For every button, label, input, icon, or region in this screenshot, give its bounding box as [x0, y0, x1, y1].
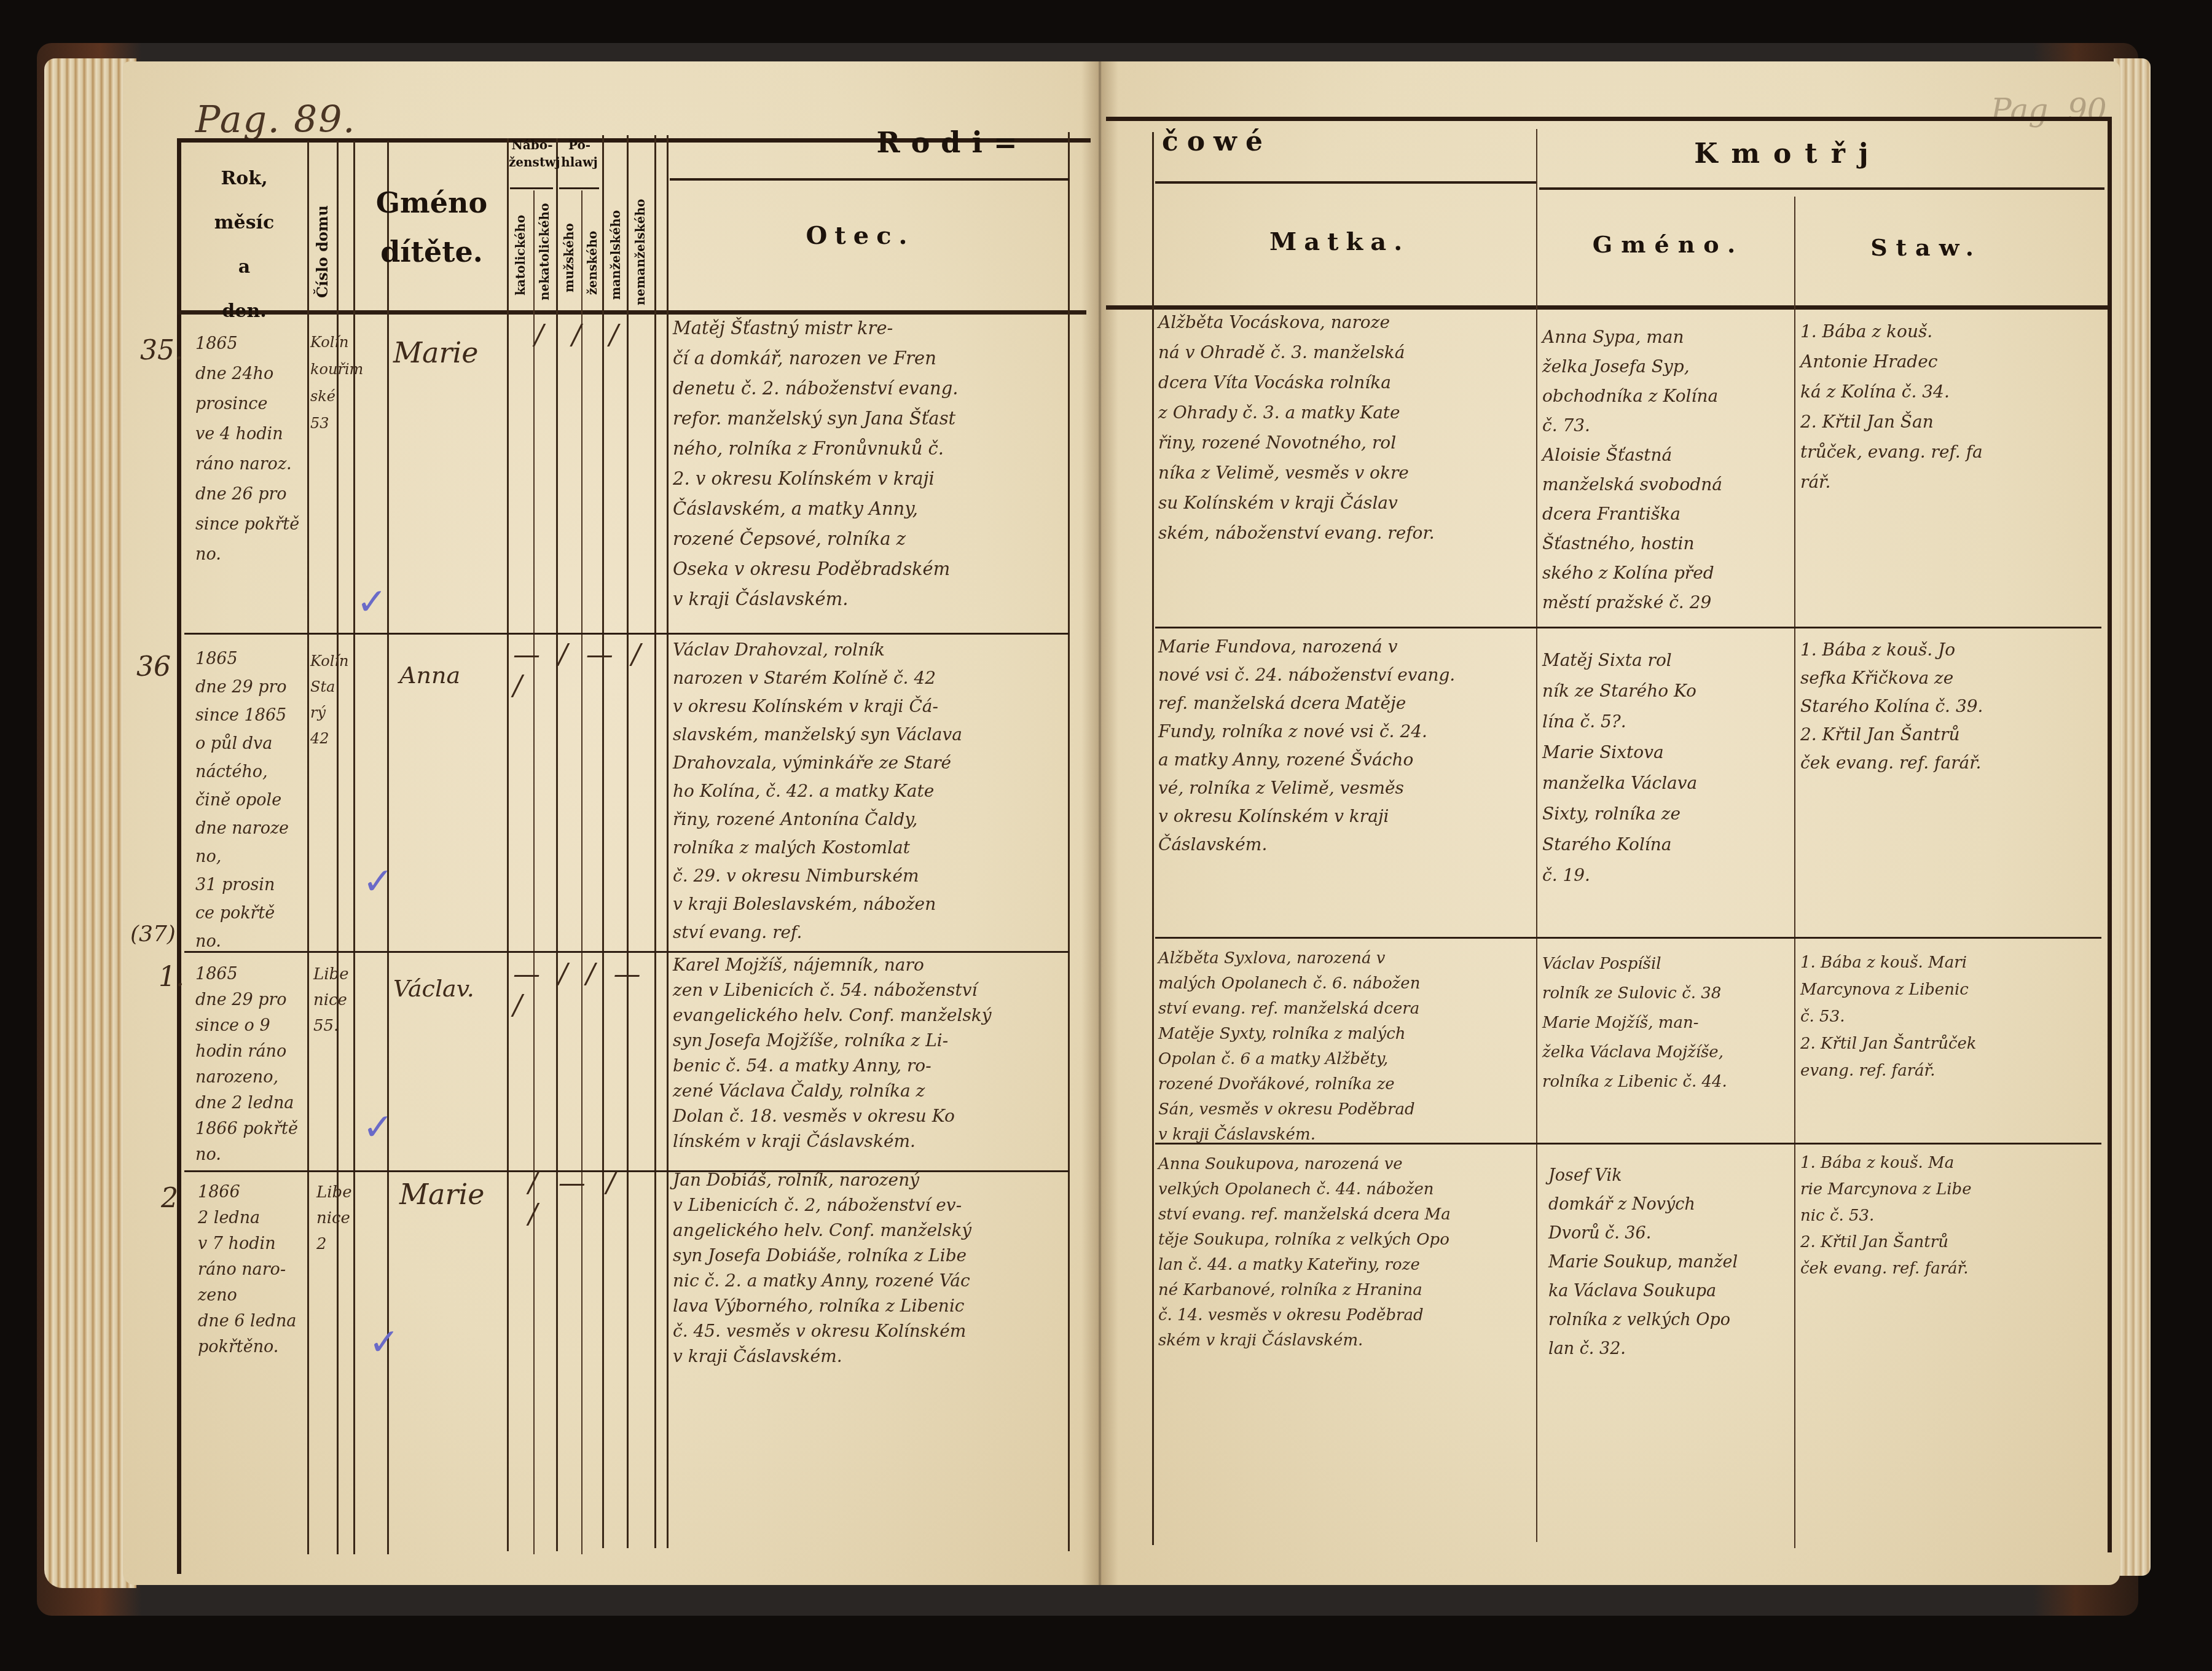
header-rok: Rok, měsíc a den. — [184, 157, 304, 334]
page-number: Pag. 89. — [195, 98, 356, 141]
col-divider — [654, 135, 656, 1548]
entry-godparents-name: Matěj Sixta rol ník ze Starého Ko lína č… — [1542, 645, 1791, 891]
entry-mother: Anna Soukupova, narozená ve velkých Opol… — [1158, 1152, 1533, 1353]
header-manzelskeho: manželského — [608, 203, 623, 307]
header-otec: Otec. — [799, 221, 922, 250]
col-divider — [533, 190, 535, 1554]
header-katolickeho: katolického — [513, 203, 528, 307]
entry-godparents-status: 1. Bába z kouš. Ma rie Marcynova z Libe … — [1800, 1150, 2101, 1282]
col-divider — [1068, 132, 1070, 1551]
header-matka: Matka. — [1266, 227, 1413, 256]
entry-house: Libe nice 55. — [313, 961, 356, 1039]
subheader-rule — [1539, 187, 2104, 190]
header-nabozenstvi: Nábo- ženstwj — [509, 136, 555, 171]
entry-mother: Alžběta Vocáskova, naroze ná v Ohradě č.… — [1158, 307, 1533, 548]
subheader-rule — [670, 178, 1069, 181]
entry-house: Libe nice 2 — [316, 1180, 359, 1257]
col-divider — [1794, 197, 1795, 1548]
entry-date: 1865 dne 29 pro since o 9 hodin ráno nar… — [195, 961, 309, 1168]
col-divider — [353, 141, 355, 1554]
col-divider — [667, 135, 669, 1548]
check-mark-icon: ✓ — [363, 1106, 393, 1149]
header-nemanzelskeho: nemanželského — [633, 197, 648, 307]
row-separator — [1155, 937, 2101, 939]
entry-date: 1866 2 ledna v 7 hodin ráno naro- zeno d… — [198, 1180, 312, 1360]
entry-father: Jan Dobiáš, rolník, narozený v Libenicíc… — [673, 1167, 1066, 1369]
entry-category-marks: / / / — [535, 319, 645, 351]
entry-child-name: Marie — [393, 338, 478, 368]
entry-mother: Marie Fundova, narozená v nové vsi č. 24… — [1158, 633, 1533, 859]
header-rodicove-right: čowé — [1155, 126, 1278, 157]
check-mark-icon: ✓ — [369, 1321, 399, 1364]
entry-godparents-status: 1. Bába z kouš. Antonie Hradec ká z Kolí… — [1800, 316, 2101, 497]
entry-category-marks: — / — / / — [513, 639, 654, 702]
entry-date: 1865 dne 29 pro since 1865 o půl dva nác… — [195, 645, 309, 956]
entry-godparents-status: 1. Bába z kouš. Mari Marcynova z Libenic… — [1800, 949, 2101, 1084]
subheader-rule — [559, 187, 599, 189]
check-mark-icon: ✓ — [363, 860, 393, 903]
entry-father: Karel Mojžíš, nájemník, naro zen v Liben… — [673, 952, 1066, 1154]
entry-house: Kolín Sta rý 42 — [310, 648, 353, 751]
entry-number: 1. — [159, 961, 184, 993]
entry-house: Kolín kouřim ské 53 — [310, 329, 353, 437]
entry-number-note: (37) — [130, 922, 176, 947]
header-kmotri-gmeno: Gméno. — [1585, 230, 1751, 258]
entry-child-name: Václav. — [393, 974, 474, 1004]
entry-category-marks: / — / / — [528, 1167, 651, 1230]
entry-category-marks: — / / — / — [513, 958, 654, 1021]
check-mark-icon: ✓ — [356, 581, 387, 624]
col-divider — [507, 138, 509, 1551]
entry-number: 36 — [136, 651, 171, 683]
subheader-rule — [1155, 181, 1536, 184]
entry-father: Václav Drahovzal, rolník narozen v Staré… — [673, 636, 1066, 947]
header-rodicove-left: Rodi= — [873, 126, 1032, 159]
header-pohlavi: Po- hlawj — [558, 136, 601, 171]
entry-number: 35. — [140, 335, 183, 366]
entry-mother: Alžběta Syxlova, narozená v malých Opola… — [1158, 946, 1533, 1148]
header-kmotri: Kmotřj — [1671, 138, 1905, 170]
row-separator — [184, 633, 1069, 635]
header-kmotri-staw: Staw. — [1856, 233, 1997, 261]
subheader-rule — [510, 187, 553, 189]
header-zenskeho: ženského — [585, 218, 600, 307]
entry-godparents-name: Josef Vik domkář z Nových Dvorů č. 36. M… — [1548, 1161, 1794, 1363]
col-divider — [1152, 132, 1154, 1545]
entry-father: Matěj Šťastný mistr kre- čí a domkář, na… — [673, 313, 1066, 614]
entry-child-name: Anna — [399, 660, 460, 691]
header-nekatolickeho: nekatolického — [537, 197, 552, 307]
header-muzskeho: mužského — [562, 209, 576, 307]
entry-date: 1865 dne 24ho prosince ve 4 hodin ráno n… — [195, 329, 309, 569]
entry-godparents-status: 1. Bába z kouš. Jo sefka Křičkova ze Sta… — [1800, 636, 2101, 777]
col-divider — [1536, 129, 1537, 1542]
col-divider — [581, 190, 582, 1554]
entry-number: 2 — [161, 1183, 178, 1214]
entry-child-name: Marie — [399, 1180, 484, 1210]
row-separator — [1155, 627, 2101, 628]
header-gmeno-ditete: Gméno dítěte. — [359, 178, 504, 276]
entry-godparents-name: Anna Sypa, man želka Josefa Syp, obchodn… — [1542, 323, 1791, 617]
header-cislo-domu: Číslo domu — [313, 197, 331, 307]
entry-godparents-name: Václav Pospíšil rolník ze Sulovic č. 38 … — [1542, 949, 1791, 1097]
